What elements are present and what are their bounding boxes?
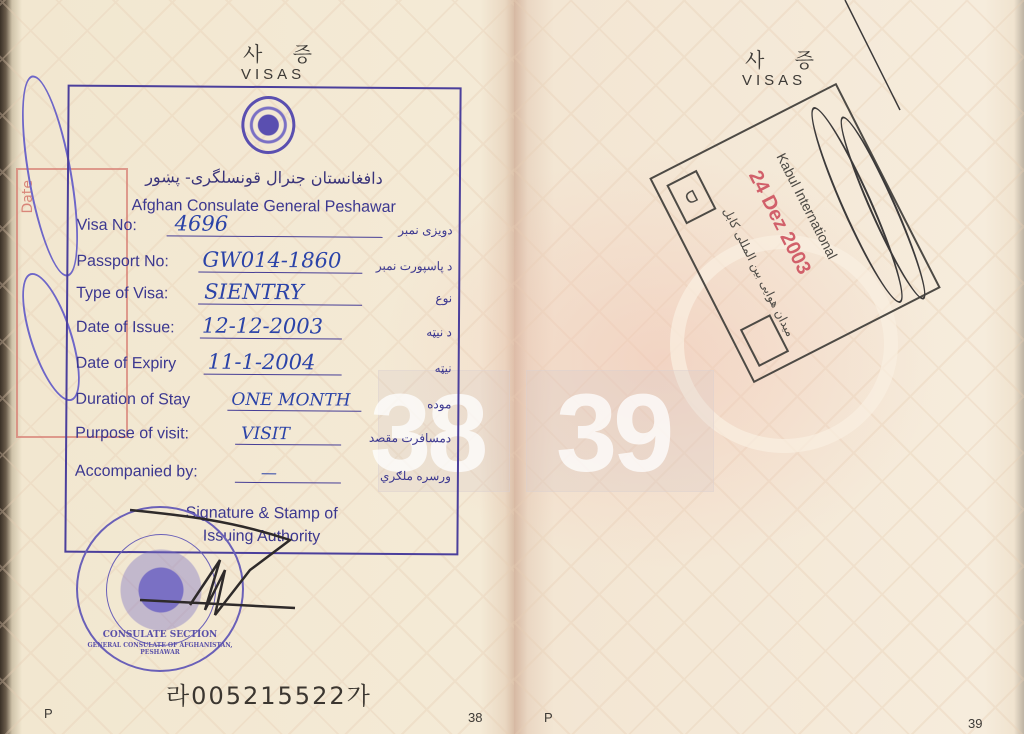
field-label: Date of Expiry [76,355,177,374]
entry-class-box: D [666,170,716,225]
field-visa-type: Type of Visa: SIENTRY نوع [76,279,452,310]
field-label-farsi: دویزی نمبر [398,223,452,237]
field-visa-no: Visa No: 4696 دویزی نمبر [77,211,453,242]
field-passport-no: Passport No: GW014-1860 د پاسپورت نمبر [76,247,452,278]
passport-serial-number: 라005215522가 [166,676,372,711]
field-date-of-issue: Date of Issue: 12-12-2003 د نیټه [76,313,452,344]
field-label-farsi: نیټه [435,361,452,375]
field-label: Visa No: [77,217,137,235]
field-label-farsi: ورسره ملګري [380,469,451,483]
field-purpose-of-visit: Purpose of visit: VISIT دمسافرت مقصد [75,419,451,450]
seal-outer-text: GENERAL CONSULATE OF AFGHANISTAN, PESHAW… [78,642,242,656]
field-date-of-expiry: Date of Expiry 11-1-2004 نیټه [76,349,452,380]
watermark-page-number-right: 39 [556,370,670,497]
field-label-farsi: موده [427,397,451,411]
pen-stroke [840,0,940,120]
field-value: 4696 [175,211,229,235]
consulate-title-farsi: دافغانستان جنرال قونسلگری- پښور [69,167,459,189]
field-label: Purpose of visit: [75,425,189,444]
field-label: Passport No: [76,253,169,272]
page-letter-right: P [544,710,553,725]
field-value: — [261,463,277,482]
field-accompanied-by: Accompanied by: — ورسره ملګري [75,457,451,488]
field-label-farsi: د پاسپورت نمبر [376,259,453,274]
field-label: Date of Issue: [76,319,175,338]
field-duration-of-stay: Duration of Stay ONE MONTH موده [75,385,451,416]
header-korean-left: 사 증 [243,38,324,67]
header-english-left: VISAS [241,66,305,83]
field-label: Type of Visa: [76,285,168,304]
seal-inner-text: CONSULATE SECTION [78,630,242,640]
header-korean-right: 사 증 [745,44,826,73]
field-label-farsi: دمسافرت مقصد [369,431,451,446]
field-label-farsi: د نیټه [426,325,452,339]
field-value: 12-12-2003 [202,314,323,339]
field-value: VISIT [241,424,290,444]
field-label: Duration of Stay [75,391,190,410]
page-number-right: 39 [968,716,982,731]
signature [120,500,310,620]
field-value: 11-1-2004 [208,350,316,375]
field-value: GW014-1860 [202,248,341,273]
field-label-farsi: نوع [435,291,452,305]
afghan-emblem-icon [241,96,295,154]
page-letter-left: P [44,706,53,721]
field-label: Accompanied by: [75,463,198,482]
field-value: SIENTRY [204,280,304,305]
field-value: ONE MONTH [231,390,350,411]
visa-stamp: دافغانستان جنرال قونسلگری- پښور Afghan C… [64,85,461,556]
page-number-left: 38 [468,710,482,725]
header-english-right: VISAS [742,72,806,89]
